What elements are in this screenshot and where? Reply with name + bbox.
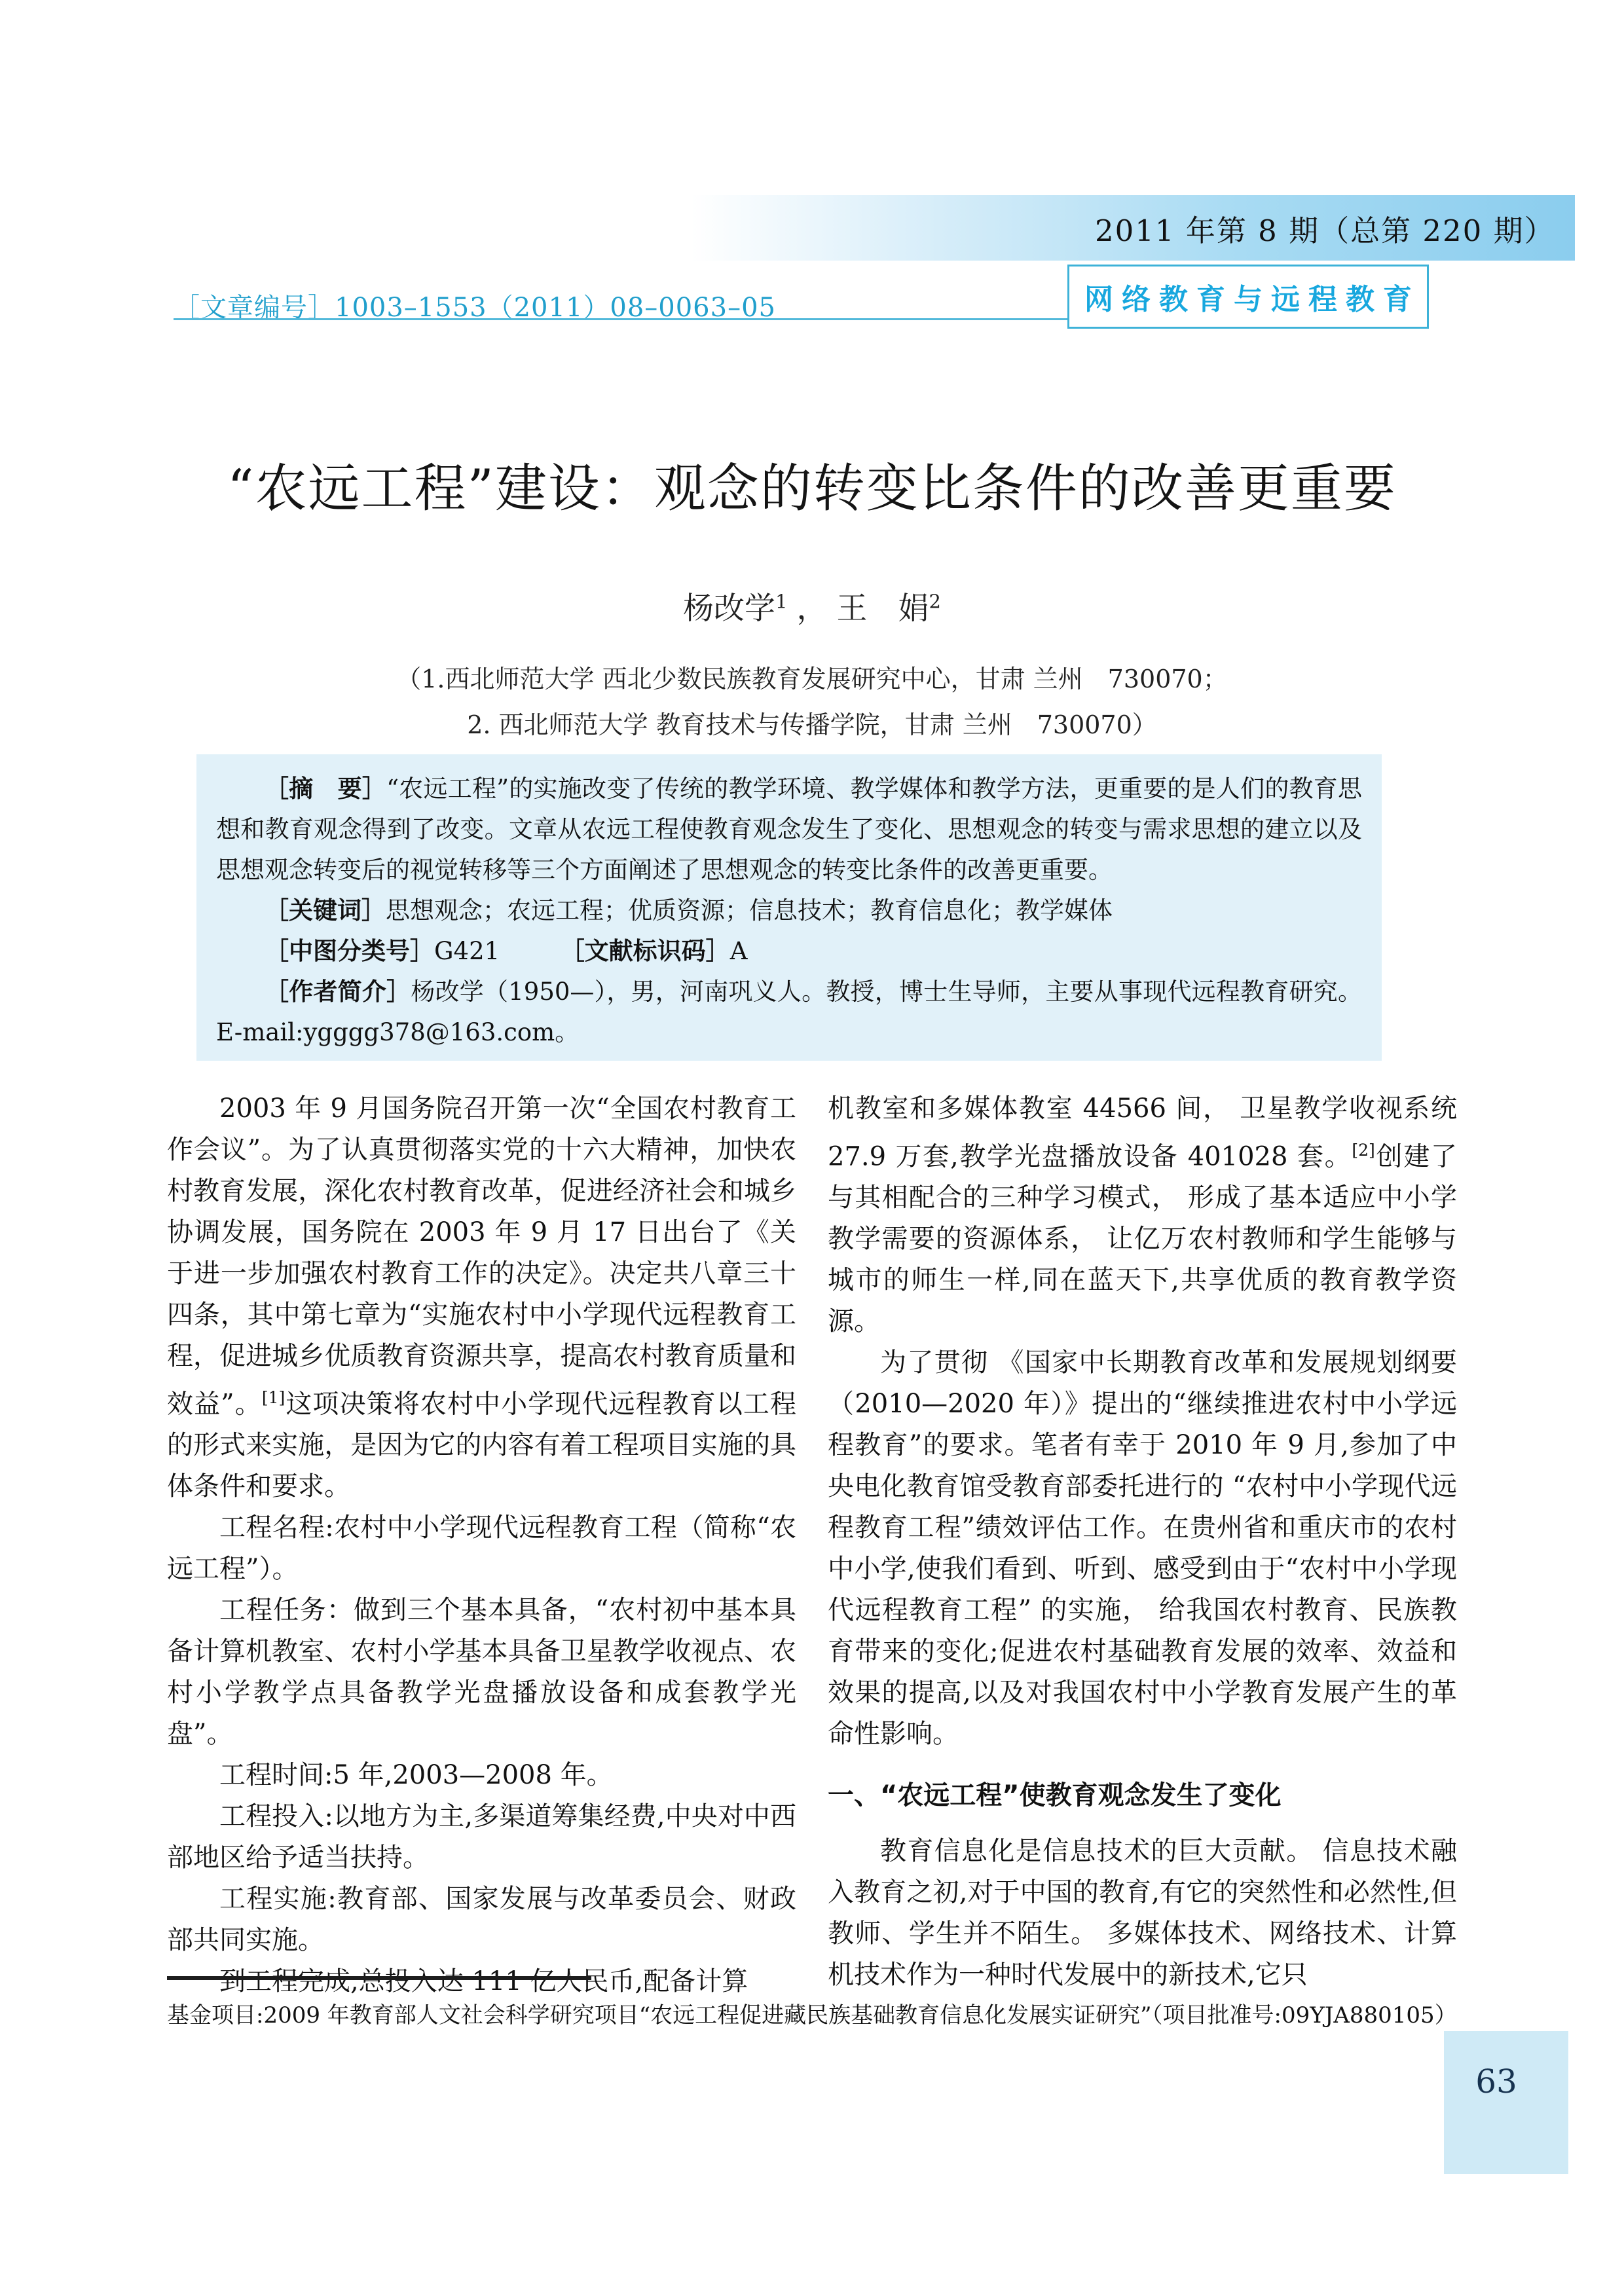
author-1-name: 杨改学 bbox=[683, 591, 775, 627]
reference-mark-1: [1] bbox=[262, 1388, 285, 1407]
body-paragraph: 2003 年 9 月国务院召开第一次“全国农村教育工作会议”。为了认真贯彻落实党… bbox=[167, 1088, 796, 1507]
abstract-paragraph: ［摘 要］“农远工程”的实施改变了传统的教学环境、教学媒体和教学方法，更重要的是… bbox=[216, 769, 1362, 890]
article-number-underline bbox=[174, 318, 1067, 320]
right-column: 机教室和多媒体教室 44566 间， 卫星教学收视系统 27.9 万套,教学光盘… bbox=[828, 1088, 1457, 2002]
paragraph-text: 机教室和多媒体教室 44566 间， 卫星教学收视系统 27.9 万套,教学光盘… bbox=[828, 1093, 1457, 1171]
authors-line: 杨改学1，王 娟2 bbox=[0, 584, 1624, 628]
affiliations: （1.西北师范大学 西北少数民族教育发展研究中心，甘肃 兰州 730070； 2… bbox=[0, 656, 1624, 748]
body-paragraph: 教育信息化是信息技术的巨大贡献。 信息技术融入教育之初,对于中国的教育,有它的突… bbox=[828, 1831, 1457, 1996]
body-paragraph: 工程时间:5 年,2003—2008 年。 bbox=[167, 1755, 796, 1796]
journal-section-box: 网络教育与远程教育 bbox=[1067, 265, 1429, 329]
keywords-text: 思想观念；农远工程；优质资源；信息技术；教育信息化；教学媒体 bbox=[386, 896, 1113, 925]
left-column: 2003 年 9 月国务院召开第一次“全国农村教育工作会议”。为了认真贯彻落实党… bbox=[167, 1088, 796, 2002]
abstract-text: “农远工程”的实施改变了传统的教学环境、教学媒体和教学方法，更重要的是人们的教育… bbox=[216, 775, 1362, 884]
doc-code-label: ［文献标识码］ bbox=[561, 937, 730, 965]
author-separator: ， bbox=[788, 591, 837, 627]
issue-info: 2011 年第 8 期（总第 220 期） bbox=[1095, 207, 1555, 249]
doc-code-value: A bbox=[730, 937, 748, 965]
paragraph-text: 2003 年 9 月国务院召开第一次“全国农村教育工作会议”。为了认真贯彻落实党… bbox=[167, 1093, 796, 1419]
abstract-box: ［摘 要］“农远工程”的实施改变了传统的教学环境、教学媒体和教学方法，更重要的是… bbox=[196, 754, 1382, 1061]
reference-mark-2: [2] bbox=[1352, 1141, 1375, 1160]
journal-page: 2011 年第 8 期（总第 220 期） 网络教育与远程教育 ［文章编号］10… bbox=[0, 0, 1624, 2295]
author-bio-label: ［作者简介］ bbox=[265, 978, 411, 1006]
author-1-affiliation-mark: 1 bbox=[775, 590, 787, 612]
article-body: 2003 年 9 月国务院召开第一次“全国农村教育工作会议”。为了认真贯彻落实党… bbox=[167, 1088, 1457, 2002]
body-paragraph: 工程任务：做到三个基本具备，“农村初中基本具备计算机教室、农村小学基本具备卫星教… bbox=[167, 1590, 796, 1755]
page-title: “农远工程”建设：观念的转变比条件的改善更重要 bbox=[92, 447, 1532, 521]
funding-footnote: 基金项目:2009 年教育部人文社会科学研究项目“农远工程促进藏民族基础教育信息… bbox=[167, 1998, 1457, 2032]
keywords-label: ［关键词］ bbox=[265, 896, 386, 925]
classification-paragraph: ［中图分类号］G421［文献标识码］A bbox=[216, 931, 1362, 972]
body-paragraph: 工程投入:以地方为主,多渠道筹集经费,中央对中西部地区给予适当扶持。 bbox=[167, 1796, 796, 1879]
author-2-affiliation-mark: 2 bbox=[929, 590, 941, 612]
journal-section-title: 网络教育与远程教育 bbox=[1076, 276, 1420, 318]
author-bio-paragraph: ［作者简介］杨改学（1950—），男，河南巩义人。教授，博士生导师，主要从事现代… bbox=[216, 972, 1362, 1053]
affiliation-line-2: 2. 西北师范大学 教育技术与传播学院，甘肃 兰州 730070） bbox=[0, 702, 1624, 748]
affiliation-line-1: （1.西北师范大学 西北少数民族教育发展研究中心，甘肃 兰州 730070； bbox=[0, 656, 1624, 702]
body-paragraph: 机教室和多媒体教室 44566 间， 卫星教学收视系统 27.9 万套,教学光盘… bbox=[828, 1088, 1457, 1342]
clc-label: ［中图分类号］ bbox=[265, 937, 434, 965]
footnote-rule bbox=[167, 1976, 591, 1980]
page-number: 63 bbox=[1444, 2063, 1549, 2101]
page-number-box: 63 bbox=[1444, 2031, 1568, 2174]
body-paragraph: 工程实施:教育部、国家发展与改革委员会、财政部共同实施。 bbox=[167, 1879, 796, 1961]
body-paragraph: 到工程完成,总投入达 111 亿人民币,配备计算 bbox=[167, 1961, 796, 2002]
body-paragraph: 工程名程:农村中小学现代远程教育工程（简称“农远工程”）。 bbox=[167, 1507, 796, 1590]
author-2-name: 王 娟 bbox=[837, 591, 929, 627]
body-paragraph: 为了贯彻 《国家中长期教育改革和发展规划纲要（2010—2020 年）》提出的“… bbox=[828, 1342, 1457, 1755]
section-heading-1: 一、“农远工程”使教育观念发生了变化 bbox=[828, 1777, 1457, 1814]
clc-value: G421 bbox=[434, 937, 500, 965]
keywords-paragraph: ［关键词］思想观念；农远工程；优质资源；信息技术；教育信息化；教学媒体 bbox=[216, 890, 1362, 931]
abstract-label: ［摘 要］ bbox=[265, 775, 386, 803]
